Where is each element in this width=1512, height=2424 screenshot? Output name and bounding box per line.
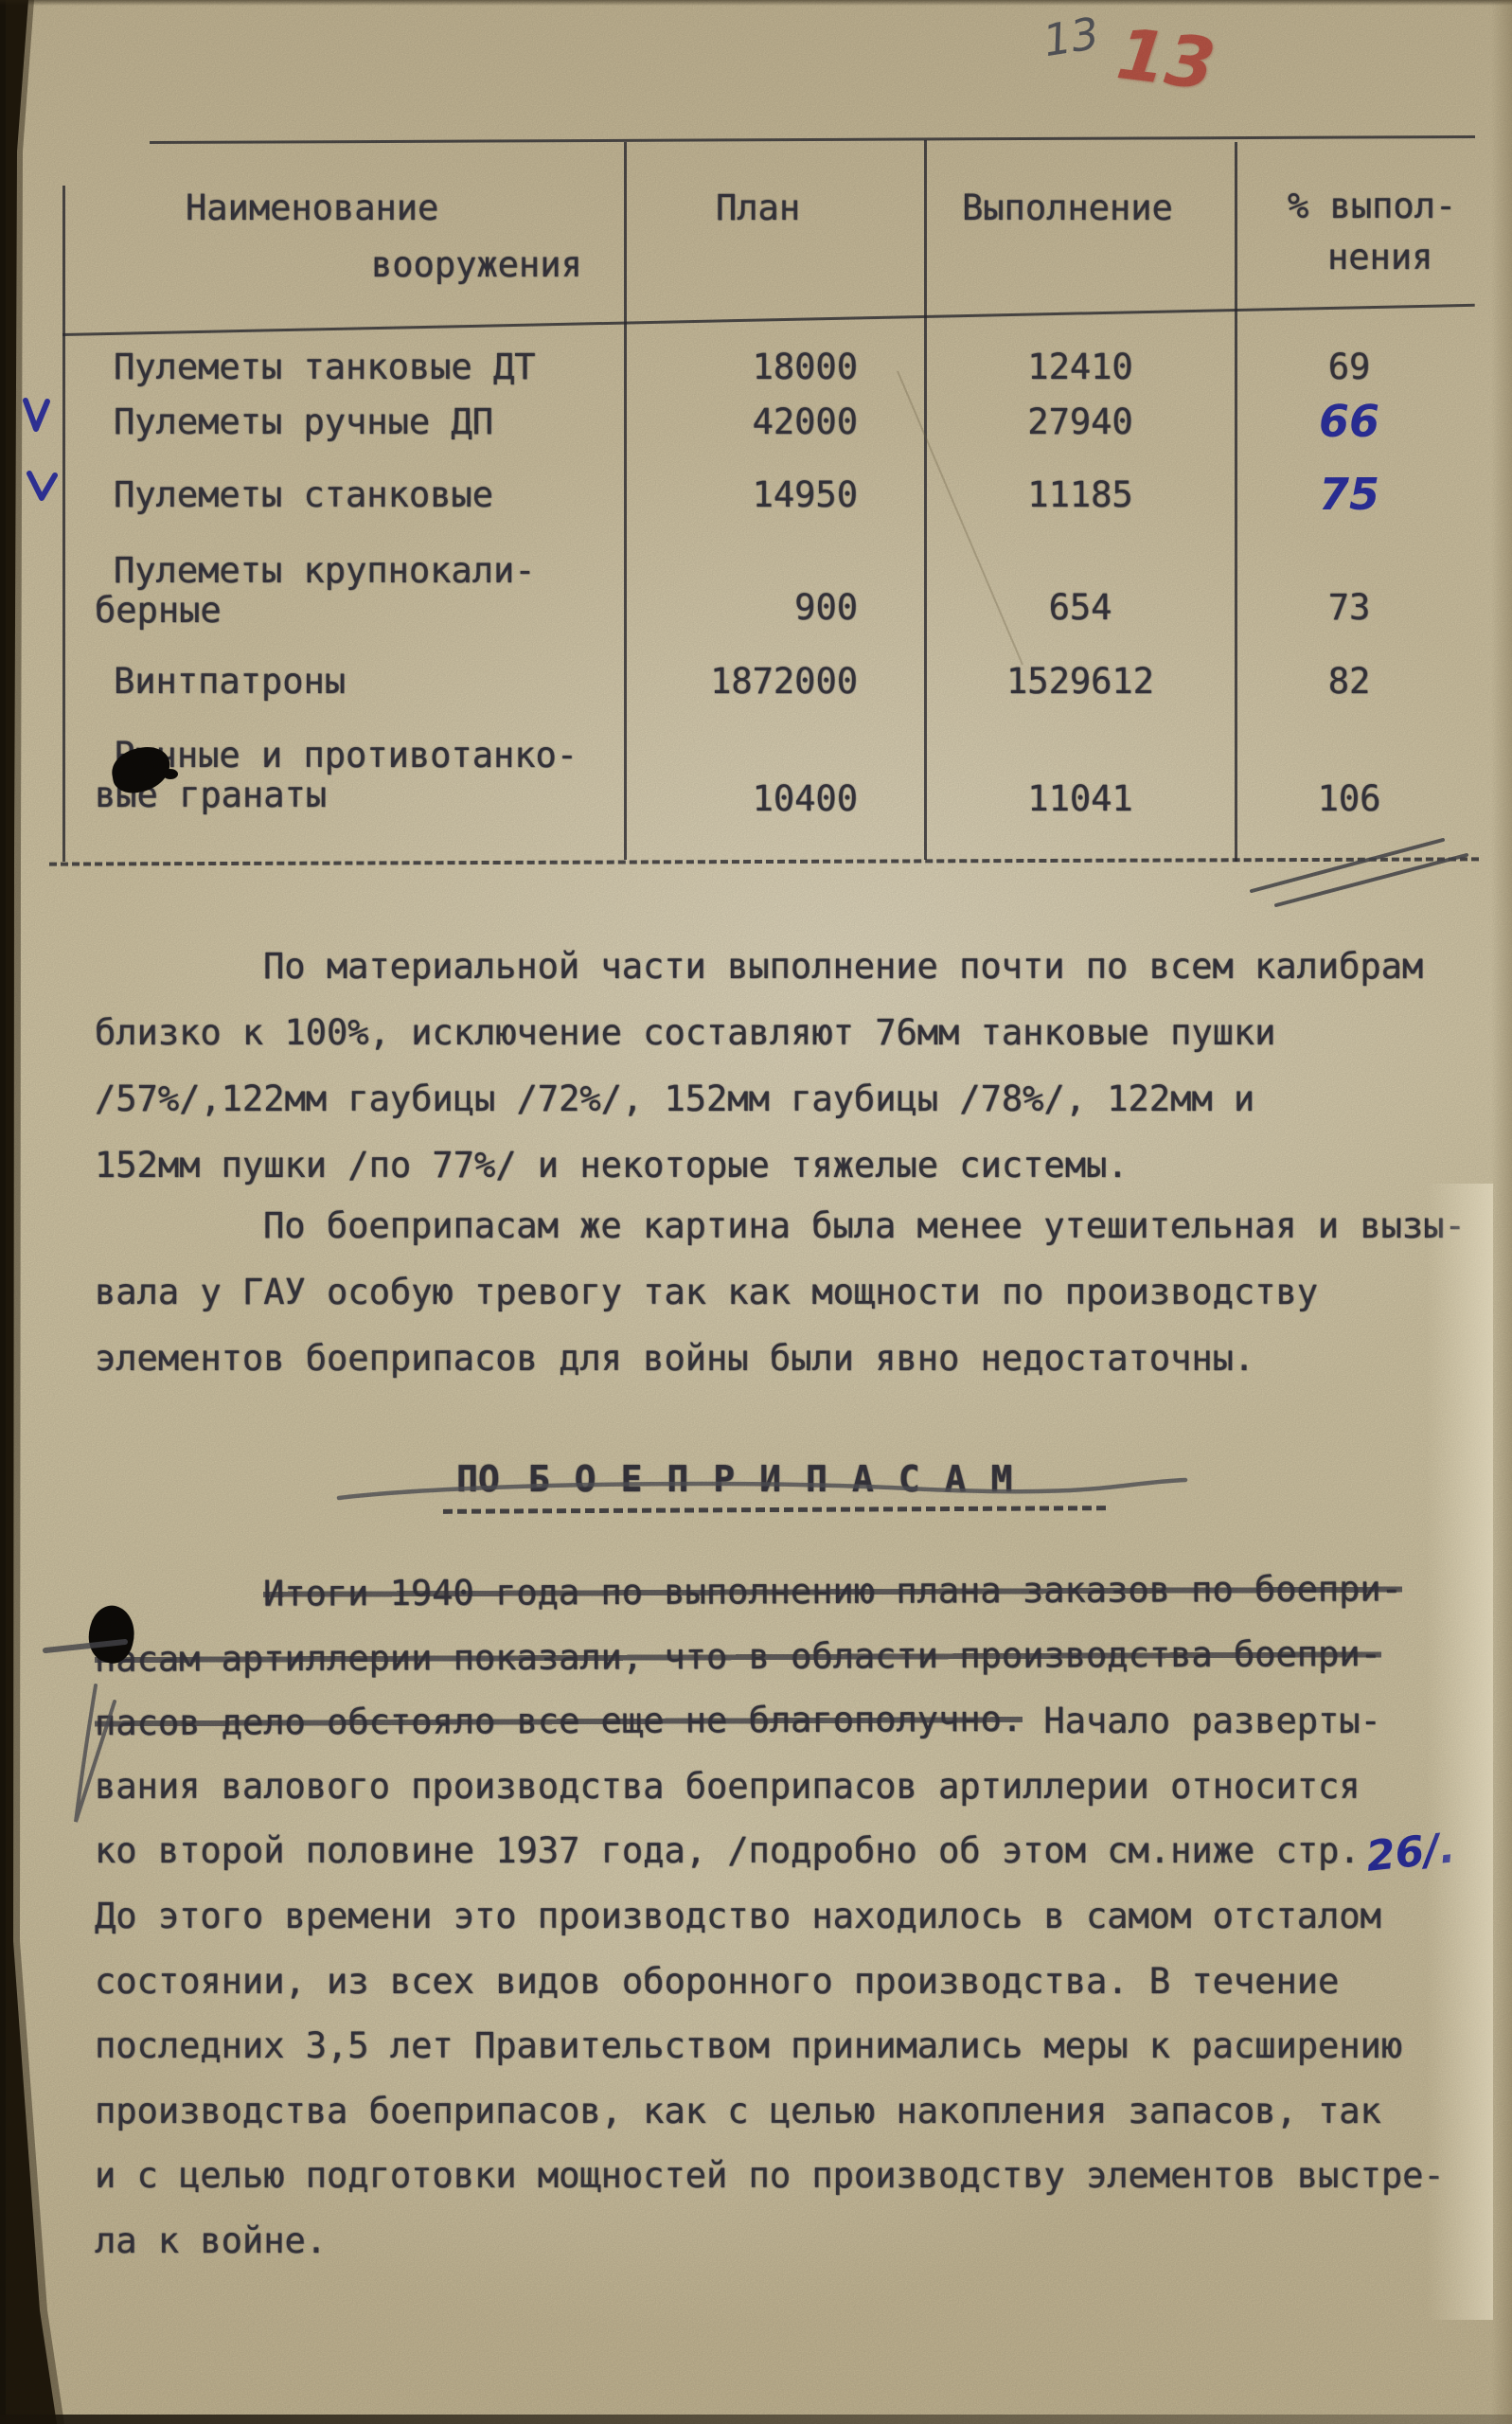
- row-done-value: 654: [925, 587, 1236, 628]
- row-done-value: 12410: [925, 347, 1236, 387]
- row-name: Пулеметы ручные ДП: [114, 401, 493, 442]
- blue-checkmark-icon: [26, 401, 47, 429]
- table-border-bottom: [49, 857, 1479, 865]
- table-border-left: [62, 186, 65, 862]
- scan-edge-bottom: [0, 2415, 1512, 2424]
- text-line: и с целью подготовки мощностей по произв…: [95, 2154, 1445, 2198]
- row-name: Винтпатроны: [114, 661, 346, 702]
- col-header-done: Выполнение: [962, 187, 1173, 228]
- table-border-top: [150, 135, 1475, 144]
- heading-word-1: ПО: [456, 1458, 500, 1500]
- scan-edge-right: [1491, 0, 1512, 2424]
- text-line: 152мм пушки /по 77%/ и некоторые тяжелые…: [95, 1144, 1129, 1187]
- typed-text: /57%/,122мм гаубицы /72%/, 152мм гаубицы…: [95, 1078, 1254, 1119]
- struck-text: Итоги 1940 года по выполнению плана зака…: [263, 1567, 1402, 1615]
- blue-checkmark-icon: [29, 473, 55, 498]
- row-pct-value-handwritten: 75: [1236, 469, 1463, 520]
- row-pct-value: 106: [1236, 778, 1463, 819]
- text-line: По материальной части выполнение почти п…: [95, 945, 1423, 989]
- row-plan-value: 1872000: [625, 661, 858, 702]
- row-done-value: 27940: [925, 401, 1236, 442]
- ink-blot-hole-tail: [163, 769, 178, 779]
- row-name: Пулеметы танковые ДТ: [114, 347, 536, 387]
- pencil-slash-icon: [1276, 855, 1467, 905]
- section-heading: ПОБОЕПРИПАСАМ: [456, 1458, 1037, 1500]
- text-line: ко второй половине 1937 года, /подробно …: [95, 1829, 1455, 1875]
- text-line: вала у ГАУ особую тревогу так как мощнос…: [95, 1271, 1318, 1314]
- row-plan-value: 14950: [625, 474, 858, 515]
- col-header-pct-line1: % выпол-: [1288, 186, 1456, 226]
- text-line: По боеприпасам же картина была менее уте…: [95, 1204, 1466, 1248]
- row-name: Ручные и противотанко-: [114, 735, 578, 775]
- row-plan-value: 900: [625, 587, 858, 628]
- typed-text: последних 3,5 лет Правительством принима…: [95, 2025, 1402, 2066]
- typed-text: близко к 100%, исключение составляют 76м…: [95, 1012, 1275, 1053]
- text-line: /57%/,122мм гаубицы /72%/, 152мм гаубицы…: [95, 1078, 1254, 1121]
- typed-text: состоянии, из всех видов оборонного прои…: [95, 1961, 1339, 2002]
- paper-light-band: [1427, 1184, 1493, 2320]
- scan-edge-top: [0, 0, 1512, 6]
- row-pct-value-handwritten: 66: [1236, 396, 1463, 447]
- typed-text: Начало разверты-: [1023, 1701, 1381, 1741]
- text-line: близко к 100%, исключение составляют 76м…: [95, 1011, 1275, 1055]
- row-pct-value: 69: [1236, 347, 1463, 387]
- document-page: 13 13 Наименование вооружения План Выпол…: [0, 0, 1512, 2424]
- typed-text: 152мм пушки /по 77%/ и некоторые тяжелые…: [95, 1145, 1129, 1185]
- heading-word-2: БОЕПРИПАСАМ: [528, 1458, 1038, 1500]
- text-line: пасов дело обстояло все еще не благополу…: [95, 1700, 1381, 1743]
- typed-text: вала у ГАУ особую тревогу так как мощнос…: [95, 1272, 1318, 1312]
- struck-text: пасам артиллерии показали, что в области…: [95, 1632, 1381, 1682]
- page-number-red: 13: [1112, 13, 1219, 106]
- text-line: пасам артиллерии показали, что в области…: [95, 1635, 1381, 1679]
- pencil-slash-icon: [1252, 840, 1443, 891]
- row-plan-value: 42000: [625, 401, 858, 442]
- col-header-name-line1: Наименование: [186, 187, 438, 228]
- text-line: состоянии, из всех видов оборонного прои…: [95, 1960, 1339, 2004]
- typed-text: До этого времени это производство находи…: [95, 1896, 1381, 1936]
- row-name-line2: берные: [95, 590, 222, 631]
- typed-text: ко второй половине 1937 года, /подробно …: [95, 1830, 1361, 1871]
- text-line: ла к войне.: [95, 2219, 327, 2263]
- text-line: Итоги 1940 года по выполнению плана зака…: [95, 1570, 1402, 1613]
- text-line: производства боеприпасов, как с целью на…: [95, 2090, 1381, 2133]
- text-line: последних 3,5 лет Правительством принима…: [95, 2024, 1402, 2068]
- row-done-value: 11041: [925, 778, 1236, 819]
- text-line: элементов боеприпасов для войны были явн…: [95, 1337, 1254, 1381]
- heading-typed-underline: [443, 1506, 1106, 1514]
- page-number-pencil: 13: [1040, 8, 1102, 66]
- typed-text: По боеприпасам же картина была менее уте…: [263, 1205, 1466, 1246]
- row-done-value: 11185: [925, 474, 1236, 515]
- row-name: Пулеметы крупнокали-: [114, 550, 536, 591]
- table-header-underline: [62, 304, 1475, 336]
- struck-text: пасов дело обстояло все еще не благополу…: [95, 1698, 1023, 1745]
- row-name: Пулеметы станковые: [114, 474, 493, 515]
- col-header-plan: План: [716, 187, 800, 228]
- row-plan-value: 18000: [625, 347, 858, 387]
- typed-text: ла к войне.: [95, 2220, 327, 2261]
- row-pct-value: 73: [1236, 587, 1463, 628]
- row-pct-value: 82: [1236, 661, 1463, 702]
- typed-text: и с целью подготовки мощностей по произв…: [95, 2155, 1445, 2196]
- col-header-pct-line2: нения: [1327, 237, 1432, 277]
- typed-text: вания валового производства боеприпасов …: [95, 1766, 1361, 1807]
- typed-text: элементов боеприпасов для войны были явн…: [95, 1338, 1254, 1379]
- text-line: вания валового производства боеприпасов …: [95, 1765, 1361, 1809]
- text-line: До этого времени это производство находи…: [95, 1895, 1381, 1938]
- row-plan-value: 10400: [625, 778, 858, 819]
- typed-text: производства боеприпасов, как с целью на…: [95, 2091, 1381, 2131]
- col-header-name-line2: вооружения: [371, 244, 582, 285]
- typed-text: По материальной части выполнение почти п…: [263, 946, 1423, 987]
- row-done-value: 1529612: [925, 661, 1236, 702]
